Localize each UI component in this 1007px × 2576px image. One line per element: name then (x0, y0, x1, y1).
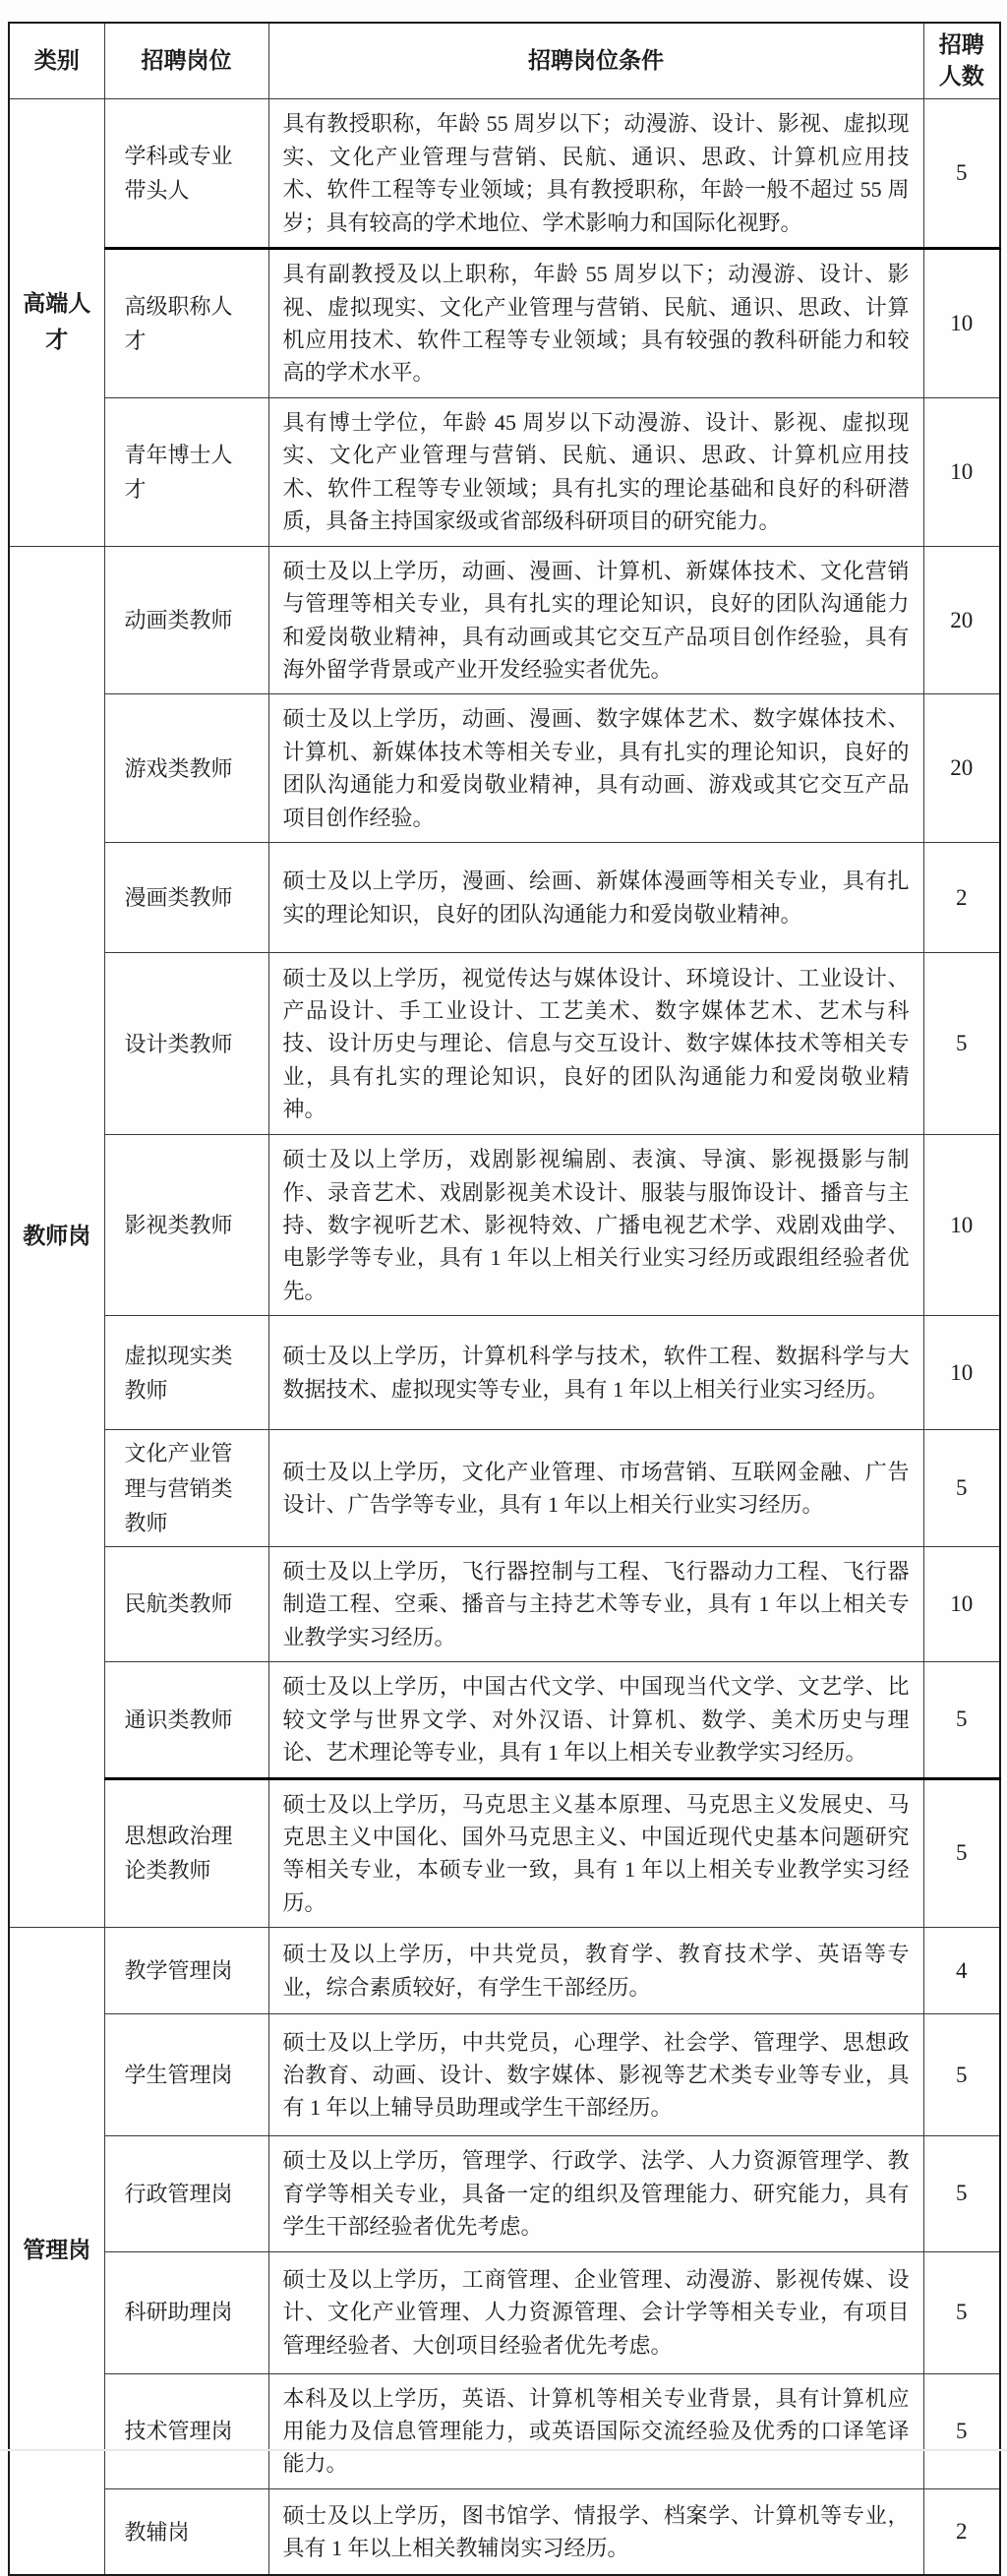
headcount-cell: 10 (923, 1316, 1000, 1430)
headcount-cell: 10 (923, 1135, 1000, 1316)
headcount-cell: 10 (923, 397, 1000, 546)
position-cell: 游戏类教师 (104, 694, 268, 843)
position-cell: 漫画类教师 (104, 843, 268, 953)
headcount-cell: 5 (923, 2373, 1000, 2457)
position-cell: 行政管理岗 (104, 2136, 268, 2251)
table-row: 文化产业管理与营销类教师硕士及以上学历，文化产业管理、市场营销、互联网金融、广告… (9, 1430, 1000, 1547)
requirements-cell: 硕士及以上学历，视觉传达与媒体设计、环境设计、工业设计、产品设计、手工业设计、工… (268, 953, 923, 1135)
table-row: 设计类教师硕士及以上学历，视觉传达与媒体设计、环境设计、工业设计、产品设计、手工… (9, 953, 1000, 1135)
requirements-cell: 硕士及以上学历，飞行器控制与工程、飞行器动力工程、飞行器制造工程、空乘、播音与主… (268, 1546, 923, 1661)
table-row: 影视类教师硕士及以上学历，戏剧影视编剧、表演、导演、影视摄影与制作、录音艺术、戏… (9, 1135, 1000, 1316)
requirements-column-header: 招聘岗位条件 (268, 23, 923, 99)
requirements-cell: 硕士及以上学历，马克思主义基本原理、马克思主义发展史、马克思主义中国化、国外马克… (268, 1778, 923, 1928)
table-row: 学生管理岗硕士及以上学历，中共党员，心理学、社会学、管理学、思想政治教育、动画、… (9, 2014, 1000, 2136)
position-cell: 学生管理岗 (104, 2014, 268, 2136)
table-row: 高端人才学科或专业带头人具有教授职称，年龄 55 周岁以下；动漫游、设计、影视、… (9, 99, 1000, 249)
position-cell: 民航类教师 (104, 1546, 268, 1661)
requirements-cell: 硕士及以上学历，漫画、绘画、新媒体漫画等相关专业，具有扎实的理论知识，良好的团队… (268, 843, 923, 953)
position-column-header: 招聘岗位 (104, 23, 268, 99)
position-cell: 文化产业管理与营销类教师 (104, 1430, 268, 1547)
headcount-cell: 5 (923, 2251, 1000, 2373)
requirements-cell: 硕士及以上学历，计算机科学与技术，软件工程、数据科学与大数据技术、虚拟现实等专业… (268, 1316, 923, 1430)
category-cell: 管理岗 (9, 1928, 104, 2457)
requirements-cell: 硕士及以上学历，中国古代文学、中国现当代文学、文艺学、比较文学与世界文学、对外汉… (268, 1662, 923, 1778)
headcount-cell: 2 (923, 843, 1000, 953)
headcount-cell: 5 (923, 99, 1000, 249)
position-cell: 动画类教师 (104, 546, 268, 694)
table-row: 技术管理岗本科及以上学历，英语、计算机等相关专业背景，具有计算机应用能力及信息管… (9, 2373, 1000, 2457)
headcount-cell: 5 (923, 1778, 1000, 1928)
recruitment-table-container: 类别 招聘岗位 招聘岗位条件 招聘人数 高端人才学科或专业带头人具有教授职称，年… (8, 22, 999, 2457)
position-cell: 设计类教师 (104, 953, 268, 1135)
category-cell: 高端人才 (9, 99, 104, 546)
position-cell: 思想政治理论类教师 (104, 1778, 268, 1928)
position-cell: 科研助理岗 (104, 2251, 268, 2373)
position-cell: 高级职称人才 (104, 249, 268, 398)
table-row: 教师岗动画类教师硕士及以上学历，动画、漫画、计算机、新媒体技术、文化营销与管理等… (9, 546, 1000, 694)
headcount-cell: 10 (923, 249, 1000, 398)
requirements-cell: 硕士及以上学历，动画、漫画、数字媒体艺术、数字媒体技术、计算机、新媒体技术等相关… (268, 694, 923, 843)
requirements-cell: 硕士及以上学历，戏剧影视编剧、表演、导演、影视摄影与制作、录音艺术、戏剧影视美术… (268, 1135, 923, 1316)
table-row: 管理岗教学管理岗硕士及以上学历，中共党员，教育学、教育技术学、英语等专业，综合素… (9, 1928, 1000, 2014)
category-column-header: 类别 (9, 23, 104, 99)
table-row: 漫画类教师硕士及以上学历，漫画、绘画、新媒体漫画等相关专业，具有扎实的理论知识，… (9, 843, 1000, 953)
requirements-cell: 本科及以上学历，英语、计算机等相关专业背景，具有计算机应用能力及信息管理能力，或… (268, 2373, 923, 2457)
requirements-cell: 硕士及以上学历，文化产业管理、市场营销、互联网金融、广告设计、广告学等专业，具有… (268, 1430, 923, 1547)
recruitment-table: 类别 招聘岗位 招聘岗位条件 招聘人数 高端人才学科或专业带头人具有教授职称，年… (8, 22, 1001, 2457)
requirements-cell: 硕士及以上学历，中共党员，心理学、社会学、管理学、思想政治教育、动画、设计、数字… (268, 2014, 923, 2136)
requirements-cell: 硕士及以上学历，管理学、行政学、法学、人力资源管理学、教育学等相关专业，具备一定… (268, 2136, 923, 2251)
table-row: 思想政治理论类教师硕士及以上学历，马克思主义基本原理、马克思主义发展史、马克思主… (9, 1778, 1000, 1928)
requirements-cell: 具有教授职称，年龄 55 周岁以下；动漫游、设计、影视、虚拟现实、文化产业管理与… (268, 99, 923, 249)
table-row: 高级职称人才具有副教授及以上职称，年龄 55 周岁以下；动漫游、设计、影视、虚拟… (9, 249, 1000, 398)
headcount-cell: 5 (923, 1662, 1000, 1778)
position-cell: 学科或专业带头人 (104, 99, 268, 249)
headcount-cell: 5 (923, 1430, 1000, 1547)
position-cell: 青年博士人才 (104, 397, 268, 546)
position-cell: 虚拟现实类教师 (104, 1316, 268, 1430)
table-row: 行政管理岗硕士及以上学历，管理学、行政学、法学、人力资源管理学、教育学等相关专业… (9, 2136, 1000, 2251)
headcount-cell: 5 (923, 2136, 1000, 2251)
headcount-cell: 20 (923, 546, 1000, 694)
position-cell: 通识类教师 (104, 1662, 268, 1778)
requirements-cell: 具有博士学位，年龄 45 周岁以下动漫游、设计、影视、虚拟现实、文化产业管理与营… (268, 397, 923, 546)
headcount-cell: 20 (923, 694, 1000, 843)
headcount-cell: 5 (923, 953, 1000, 1135)
requirements-cell: 硕士及以上学历，中共党员，教育学、教育技术学、英语等专业，综合素质较好，有学生干… (268, 1928, 923, 2014)
position-cell: 教学管理岗 (104, 1928, 268, 2014)
category-cell: 教师岗 (9, 546, 104, 1928)
table-row: 虚拟现实类教师硕士及以上学历，计算机科学与技术，软件工程、数据科学与大数据技术、… (9, 1316, 1000, 1430)
table-row: 民航类教师硕士及以上学历，飞行器控制与工程、飞行器动力工程、飞行器制造工程、空乘… (9, 1546, 1000, 1661)
table-row: 科研助理岗硕士及以上学历，工商管理、企业管理、动漫游、影视传媒、设计、文化产业管… (9, 2251, 1000, 2373)
requirements-cell: 硕士及以上学历，工商管理、企业管理、动漫游、影视传媒、设计、文化产业管理、人力资… (268, 2251, 923, 2373)
header-row: 类别 招聘岗位 招聘岗位条件 招聘人数 (9, 23, 1000, 99)
requirements-cell: 具有副教授及以上职称，年龄 55 周岁以下；动漫游、设计、影视、虚拟现实、文化产… (268, 249, 923, 398)
headcount-cell: 10 (923, 1546, 1000, 1661)
headcount-column-header: 招聘人数 (923, 23, 1000, 99)
table-row: 青年博士人才具有博士学位，年龄 45 周岁以下动漫游、设计、影视、虚拟现实、文化… (9, 397, 1000, 546)
position-cell: 技术管理岗 (104, 2373, 268, 2457)
requirements-cell: 硕士及以上学历，动画、漫画、计算机、新媒体技术、文化营销与管理等相关专业，具有扎… (268, 546, 923, 694)
headcount-cell: 5 (923, 2014, 1000, 2136)
table-row: 通识类教师硕士及以上学历，中国古代文学、中国现当代文学、文艺学、比较文学与世界文… (9, 1662, 1000, 1778)
headcount-cell: 4 (923, 1928, 1000, 2014)
table-row: 游戏类教师硕士及以上学历，动画、漫画、数字媒体艺术、数字媒体技术、计算机、新媒体… (9, 694, 1000, 843)
page-bottom-divider (0, 2449, 1007, 2451)
position-cell: 影视类教师 (104, 1135, 268, 1316)
